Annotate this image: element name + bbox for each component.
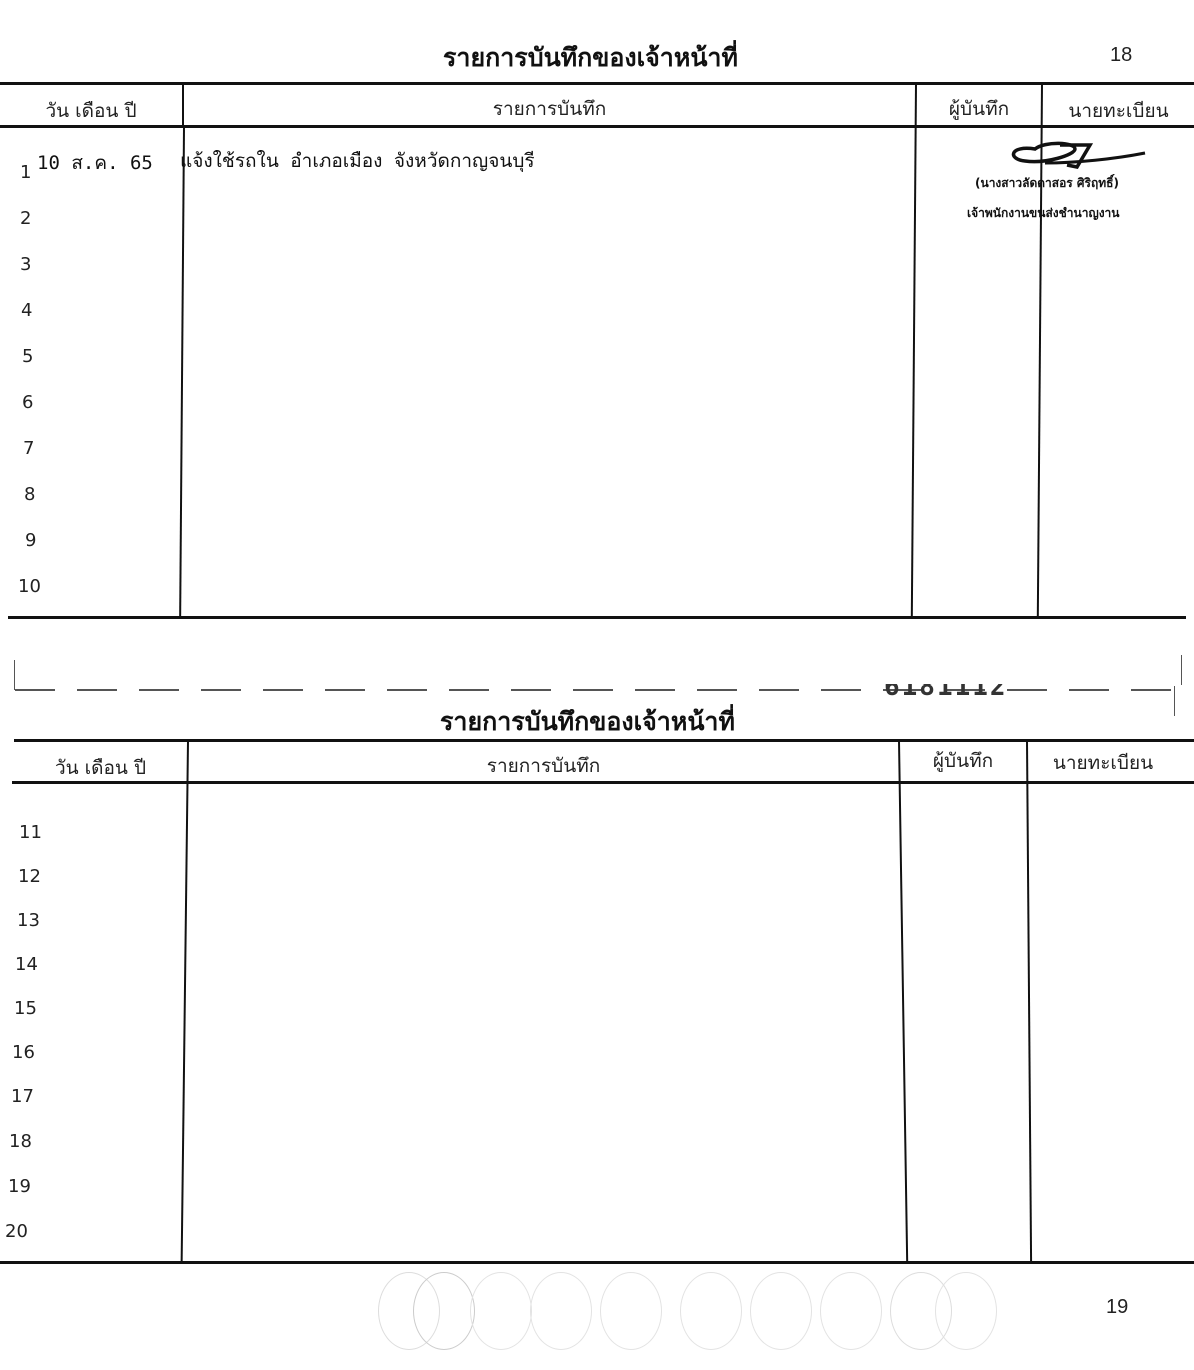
lower-table-bottom-border bbox=[0, 1261, 1194, 1264]
row-number: 10 bbox=[18, 576, 41, 597]
upper-page-number: 18 bbox=[1110, 44, 1132, 67]
lower-col-divider-3 bbox=[1026, 741, 1032, 1263]
row-number: 17 bbox=[11, 1086, 34, 1107]
row-number: 16 bbox=[12, 1042, 35, 1063]
stamp-icon bbox=[935, 1272, 997, 1350]
row-number: 18 bbox=[9, 1131, 32, 1152]
upper-sheet-title: รายการบันทึกของเจ้าหน้าที่ bbox=[443, 38, 738, 78]
lower-col-divider-2 bbox=[898, 741, 908, 1263]
serial-number: 6181112 bbox=[884, 684, 1008, 698]
row-number: 13 bbox=[17, 910, 40, 931]
stamp-icon bbox=[413, 1272, 475, 1350]
registrar-signature-icon bbox=[1005, 137, 1150, 179]
sheet-edge-left bbox=[14, 660, 15, 690]
lower-col-header-record: รายการบันทึก bbox=[189, 751, 898, 781]
row-number: 15 bbox=[14, 998, 37, 1019]
upper-table-top-border bbox=[0, 82, 1194, 85]
upper-col-divider-2 bbox=[911, 84, 917, 616]
upper-col-header-recorder: ผู้บันทึก bbox=[917, 94, 1041, 124]
stamp-icon bbox=[530, 1272, 592, 1350]
row-number: 11 bbox=[19, 822, 42, 843]
stamp-icon bbox=[680, 1272, 742, 1350]
stamp-icon bbox=[750, 1272, 812, 1350]
upper-col-header-record: รายการบันทึก bbox=[184, 94, 915, 124]
entry-date: 10 ส.ค. 65 bbox=[37, 148, 153, 178]
row-number: 4 bbox=[21, 300, 32, 321]
upper-col-header-registrar: นายทะเบียน bbox=[1043, 96, 1194, 126]
row-number: 3 bbox=[20, 254, 31, 275]
upper-col-header-date: วัน เดือน ปี bbox=[0, 96, 182, 126]
perforation-line bbox=[15, 689, 1185, 691]
upper-col-divider-1 bbox=[179, 127, 185, 618]
row-number: 9 bbox=[25, 530, 36, 551]
lower-page-number: 19 bbox=[1106, 1296, 1128, 1319]
lower-col-header-date: วัน เดือน ปี bbox=[14, 753, 187, 783]
registrar-position: เจ้าพนักงานขนส่งชำนาญงาน bbox=[967, 204, 1120, 223]
row-number: 12 bbox=[18, 866, 41, 887]
row-number: 2 bbox=[20, 208, 31, 229]
row-number: 1 bbox=[20, 162, 31, 183]
lower-col-header-recorder: ผู้บันทึก bbox=[900, 746, 1026, 776]
sheet-edge-right bbox=[1181, 655, 1182, 685]
row-number: 5 bbox=[22, 346, 33, 367]
row-number: 14 bbox=[15, 954, 38, 975]
registrar-name: (นางสาวลัดดาสอร ศิริฤทธิ์) bbox=[975, 174, 1119, 193]
row-number: 8 bbox=[24, 484, 35, 505]
lower-sheet-title: รายการบันทึกของเจ้าหน้าที่ bbox=[440, 702, 735, 742]
lower-header-bottom-border bbox=[12, 781, 1194, 784]
row-number: 19 bbox=[8, 1176, 31, 1197]
row-number: 20 bbox=[5, 1221, 28, 1242]
lower-col-divider-1 bbox=[181, 741, 189, 1263]
lower-col-header-registrar: นายทะเบียน bbox=[1028, 748, 1178, 778]
row-number: 7 bbox=[23, 438, 34, 459]
stamp-icon bbox=[820, 1272, 882, 1350]
entry-record-text: แจ้งใช้รถใน อำเภอเมือง จังหวัดกาญจนบุรี bbox=[180, 146, 535, 176]
row-number: 6 bbox=[22, 392, 33, 413]
upper-table-bottom-border bbox=[8, 616, 1186, 619]
stamp-icon bbox=[600, 1272, 662, 1350]
stamp-icon bbox=[470, 1272, 532, 1350]
lower-table-top-border bbox=[14, 739, 1194, 742]
